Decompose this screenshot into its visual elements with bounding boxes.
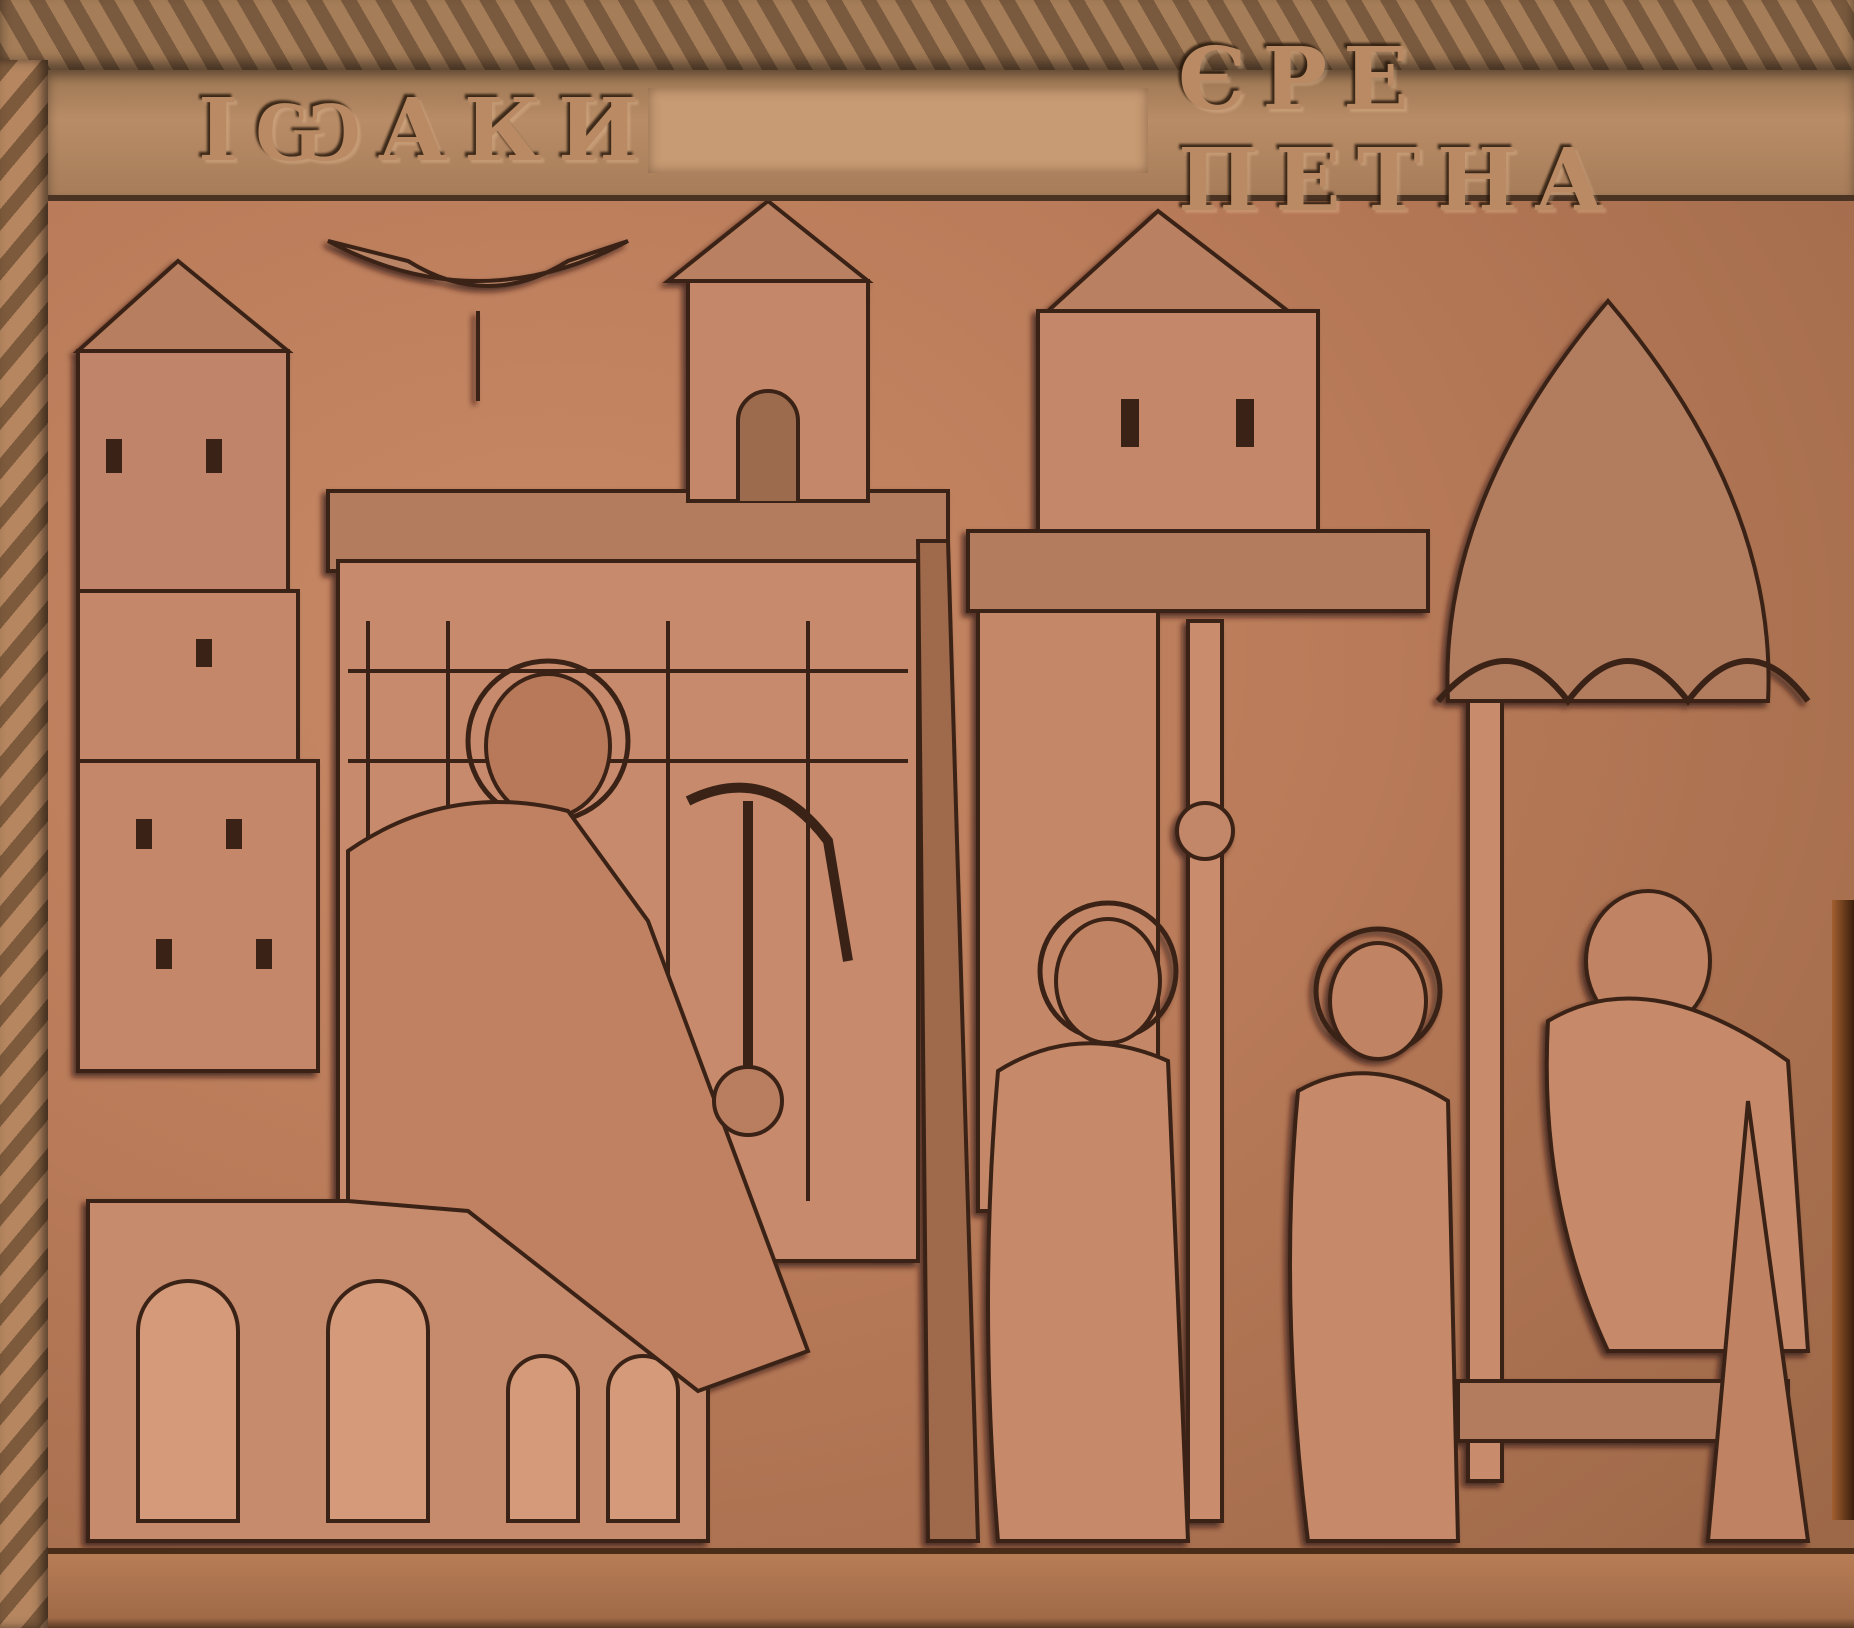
- carved-relief-panel: ІѠАКИМ ЄРЕ ПЕТНА: [0, 0, 1854, 1628]
- inscription-band: ІѠАКИМ ЄРЕ ПЕТНА: [48, 70, 1854, 201]
- scene-drawing: [48, 201, 1854, 1561]
- left-tower: [78, 261, 318, 1071]
- relief-scene: [48, 201, 1854, 1561]
- haloed-female-figure: [1290, 929, 1458, 1541]
- rope-frame-left: [0, 60, 48, 1628]
- divider-pillar: [918, 541, 978, 1541]
- rope-column: [1177, 621, 1233, 1521]
- inscription-blank-plate: [648, 88, 1148, 173]
- embracing-figures: [1547, 891, 1808, 1541]
- draped-curtain: [328, 241, 628, 401]
- inscription-right: ЄРЕ ПЕТНА: [1178, 80, 1854, 180]
- varnish-edge: [1832, 900, 1854, 1520]
- left-gate-building: [668, 201, 868, 501]
- bottom-ledge: [48, 1548, 1854, 1628]
